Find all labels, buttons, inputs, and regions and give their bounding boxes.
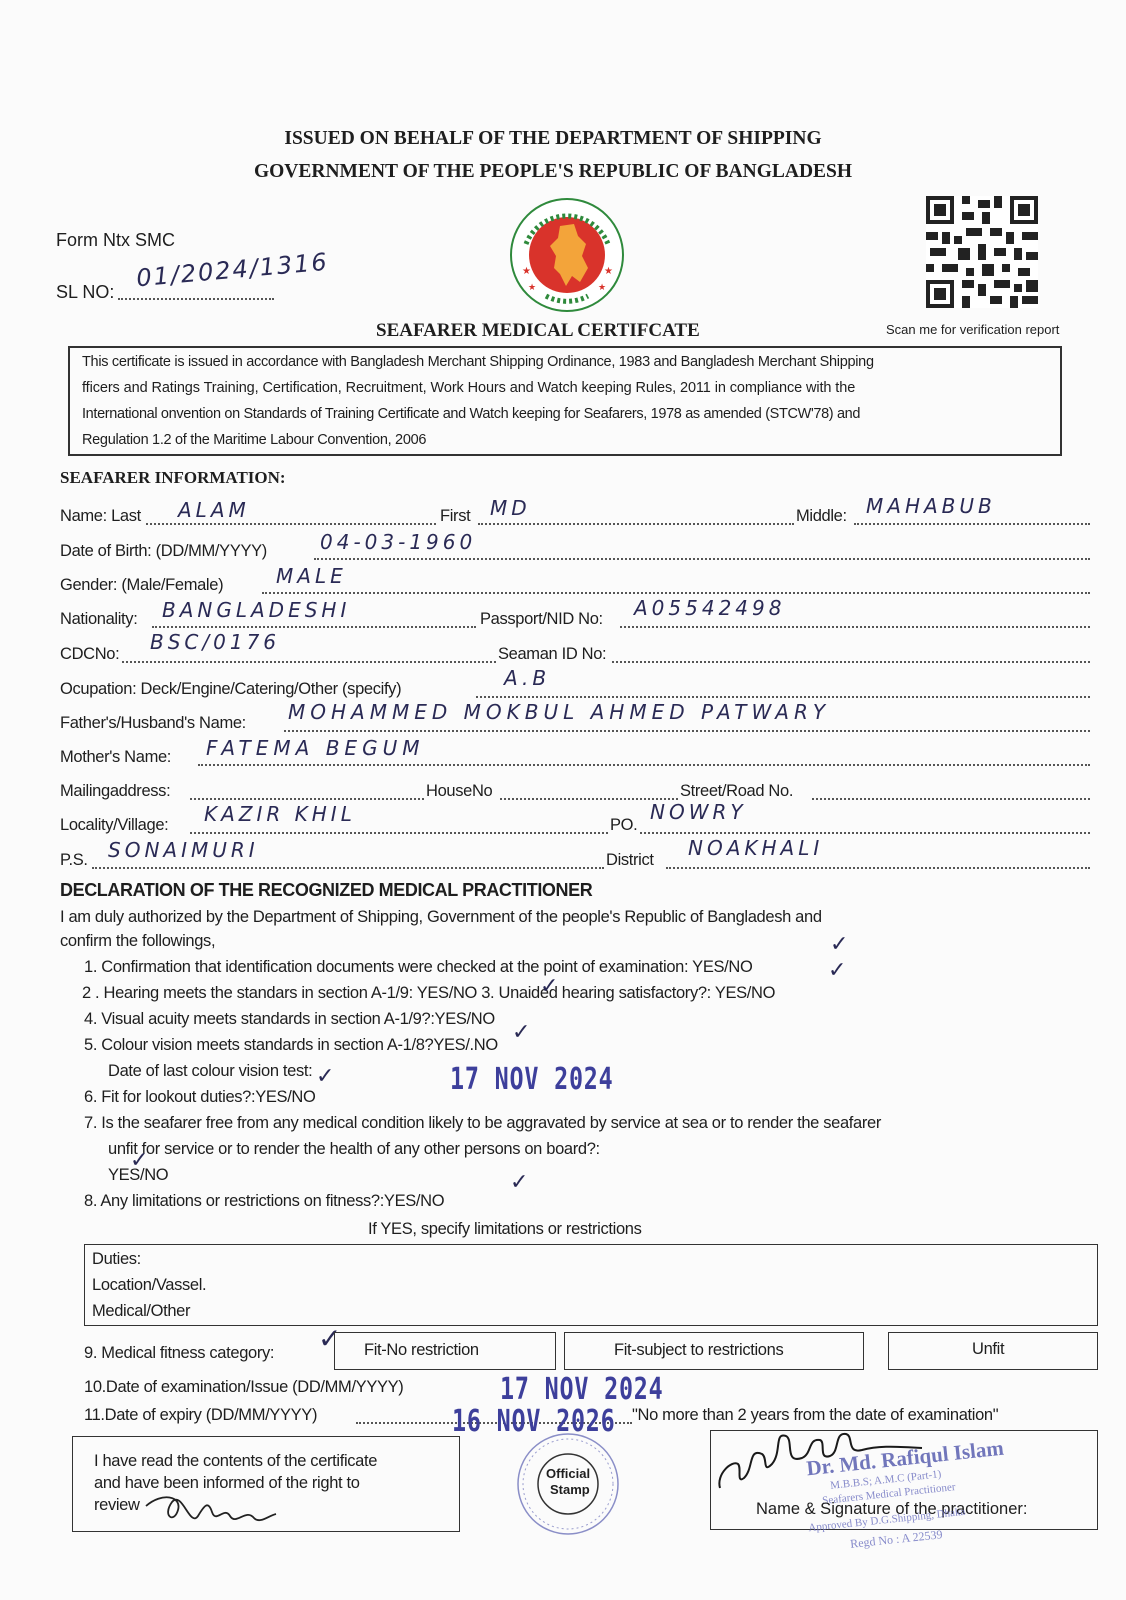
item-8: 8. Any limitations or restrictions on fi… — [84, 1192, 444, 1211]
po-label: PO. — [610, 816, 637, 835]
gender-line — [262, 592, 1090, 594]
passport-line — [620, 626, 1090, 628]
restrictions-caption: If YES, specify limitations or restricti… — [368, 1220, 642, 1239]
nationality-value[interactable]: BANGLADESHI — [162, 598, 350, 622]
district-value[interactable]: NOAKHALI — [688, 836, 823, 860]
locality-value[interactable]: KAZIR KHIL — [204, 802, 356, 826]
mother-value[interactable]: FATEMA BEGUM — [206, 736, 424, 760]
name-first-label: First — [440, 507, 470, 526]
expiry-note: "No more than 2 years from the date of e… — [632, 1406, 998, 1425]
po-value[interactable]: NOWRY — [650, 800, 747, 824]
name-first-value[interactable]: MD — [490, 496, 531, 520]
fitness-category-label: 9. Medical fitness category: — [84, 1344, 274, 1363]
father-label: Father's/Husband's Name: — [60, 714, 246, 733]
occupation-value[interactable]: A.B — [504, 666, 550, 690]
expiry-date-label: 11.Date of expiry (DD/MM/YYYY) — [84, 1406, 317, 1425]
issuer-line-2: GOVERNMENT OF THE PEOPLE'S REPUBLIC OF B… — [0, 161, 1106, 183]
declaration-heading: DECLARATION OF THE RECOGNIZED MEDICAL PR… — [60, 880, 592, 901]
svg-text:★: ★ — [598, 282, 606, 292]
declaration-intro-2: confirm the followings, — [60, 932, 215, 951]
fitness-option-fit-no-restriction-label: Fit-No restriction — [364, 1341, 479, 1360]
sl-value: 01/2024/1316 — [135, 248, 330, 293]
fitness-option-unfit-label: Unfit — [972, 1340, 1004, 1359]
passport-value[interactable]: A05542498 — [634, 596, 785, 620]
seaman-line — [612, 661, 1090, 663]
seaman-label: Seaman ID No: — [498, 645, 606, 664]
ps-value[interactable]: SONAIMURI — [108, 838, 259, 862]
mailing-line — [190, 798, 424, 800]
item-5: 5. Colour vision meets standards in sect… — [84, 1036, 498, 1055]
nationality-label: Nationality: — [60, 610, 137, 629]
checkmark-icon: ✓ — [828, 958, 846, 983]
name-middle-value[interactable]: MAHABUB — [866, 494, 996, 518]
item-7-line-2: unfit for service or to render the healt… — [108, 1140, 600, 1159]
name-last-label: Name: Last — [60, 507, 141, 526]
gender-value[interactable]: MALE — [276, 564, 347, 588]
exam-date-label: 10.Date of examination/Issue (DD/MM/YYYY… — [84, 1378, 403, 1397]
item-4: 4. Visual acuity meets standards in sect… — [84, 1010, 495, 1029]
mother-line — [198, 764, 1090, 766]
father-value[interactable]: MOHAMMED MOKBUL AHMED PATWARY — [288, 700, 830, 724]
svg-text:★: ★ — [528, 282, 536, 292]
dob-label: Date of Birth: (DD/MM/YYYY) — [60, 542, 267, 561]
doctor-registration: Regd No : A 22539 — [849, 1527, 943, 1552]
qr-caption: Scan me for verification report — [886, 322, 1059, 337]
district-line — [666, 867, 1090, 869]
item-7-answer: YES/NO — [108, 1166, 168, 1185]
seafarer-signature-icon[interactable] — [142, 1486, 282, 1532]
intro-line-4: Regulation 1.2 of the Maritime Labour Co… — [82, 432, 426, 448]
intro-line-3: International onvention on Standards of … — [82, 406, 860, 422]
ack-line-1: I have read the contents of the certific… — [94, 1452, 377, 1471]
seafarer-heading: SEAFARER INFORMATION: — [60, 468, 286, 488]
colour-vision-date-label: Date of last colour vision test: — [108, 1062, 312, 1081]
declaration-intro-1: I am duly authorized by the Department o… — [60, 908, 822, 927]
locality-label: Locality/Village: — [60, 816, 168, 835]
form-id: Form Ntx SMC — [56, 230, 175, 251]
fitness-option-fit-subject-label: Fit-subject to restrictions — [614, 1341, 783, 1360]
name-middle-label: Middle: — [796, 507, 847, 526]
father-line — [284, 730, 1090, 732]
name-middle-line — [854, 523, 1090, 525]
svg-text:★: ★ — [604, 266, 613, 277]
sl-label: SL NO: — [56, 282, 114, 303]
occupation-label: Ocupation: Deck/Engine/Catering/Other (s… — [60, 680, 401, 699]
item-6: 6. Fit for lookout duties?:YES/NO — [84, 1088, 315, 1107]
cdc-label: CDCNo: — [60, 645, 119, 664]
name-first-line — [478, 523, 794, 525]
street-line — [812, 798, 1090, 800]
restrictions-box — [84, 1244, 1098, 1326]
certificate-title: SEAFARER MEDICAL CERTIFCATE — [376, 320, 700, 342]
stamp-label-1: Official — [546, 1466, 590, 1481]
gender-label: Gender: (Male/Female) — [60, 576, 223, 595]
mailing-label: Mailingaddress: — [60, 782, 170, 801]
ps-label: P.S. — [60, 851, 88, 870]
ack-line-3: review — [94, 1496, 140, 1515]
street-label: Street/Road No. — [680, 782, 793, 801]
cdc-value[interactable]: BSC/0176 — [150, 630, 280, 654]
mother-label: Mother's Name: — [60, 748, 171, 767]
exam-date-stamp: 17 NOV 2024 — [500, 1372, 664, 1407]
restriction-medical[interactable]: Medical/Other — [92, 1302, 190, 1321]
house-label: HouseNo — [426, 782, 492, 801]
item-1: 1. Confirmation that identification docu… — [84, 958, 752, 977]
checkmark-icon: ✓ — [540, 974, 558, 999]
intro-line-1: This certificate is issued in accordance… — [82, 354, 874, 370]
intro-line-2: fficers and Ratings Training, Certificat… — [82, 380, 855, 396]
colour-vision-date-stamp: 17 NOV 2024 — [450, 1062, 614, 1097]
name-last-value[interactable]: ALAM — [178, 498, 250, 522]
sl-dots — [118, 298, 274, 300]
qr-code-icon[interactable] — [926, 196, 1038, 308]
stamp-label-2: Stamp — [550, 1482, 590, 1497]
restriction-location[interactable]: Location/Vassel. — [92, 1276, 206, 1295]
svg-text:★: ★ — [522, 266, 531, 277]
government-emblem-icon: ★ ★ ★ ★ — [508, 196, 626, 314]
item-7-line-1: 7. Is the seafarer free from any medical… — [84, 1114, 881, 1133]
checkmark-icon: ✓ — [510, 1170, 528, 1195]
locality-line — [190, 832, 608, 834]
name-last-line — [146, 523, 436, 525]
cdc-line — [122, 661, 496, 663]
checkmark-icon: ✓ — [316, 1064, 334, 1089]
issuer-line-1: ISSUED ON BEHALF OF THE DEPARTMENT OF SH… — [0, 128, 1106, 150]
dob-value[interactable]: 04-03-1960 — [320, 530, 476, 554]
item-2-3: 2 . Hearing meets the standars in sectio… — [82, 984, 775, 1003]
po-line — [640, 832, 1090, 834]
dob-line — [314, 558, 1090, 560]
occupation-line — [476, 696, 1090, 698]
restriction-duties[interactable]: Duties: — [92, 1250, 141, 1269]
checkmark-icon: ✓ — [512, 1020, 530, 1045]
passport-label: Passport/NID No: — [480, 610, 603, 629]
district-label: District — [606, 851, 654, 870]
ps-line — [92, 867, 604, 869]
checkmark-icon: ✓ — [830, 932, 848, 957]
nationality-line — [152, 626, 476, 628]
